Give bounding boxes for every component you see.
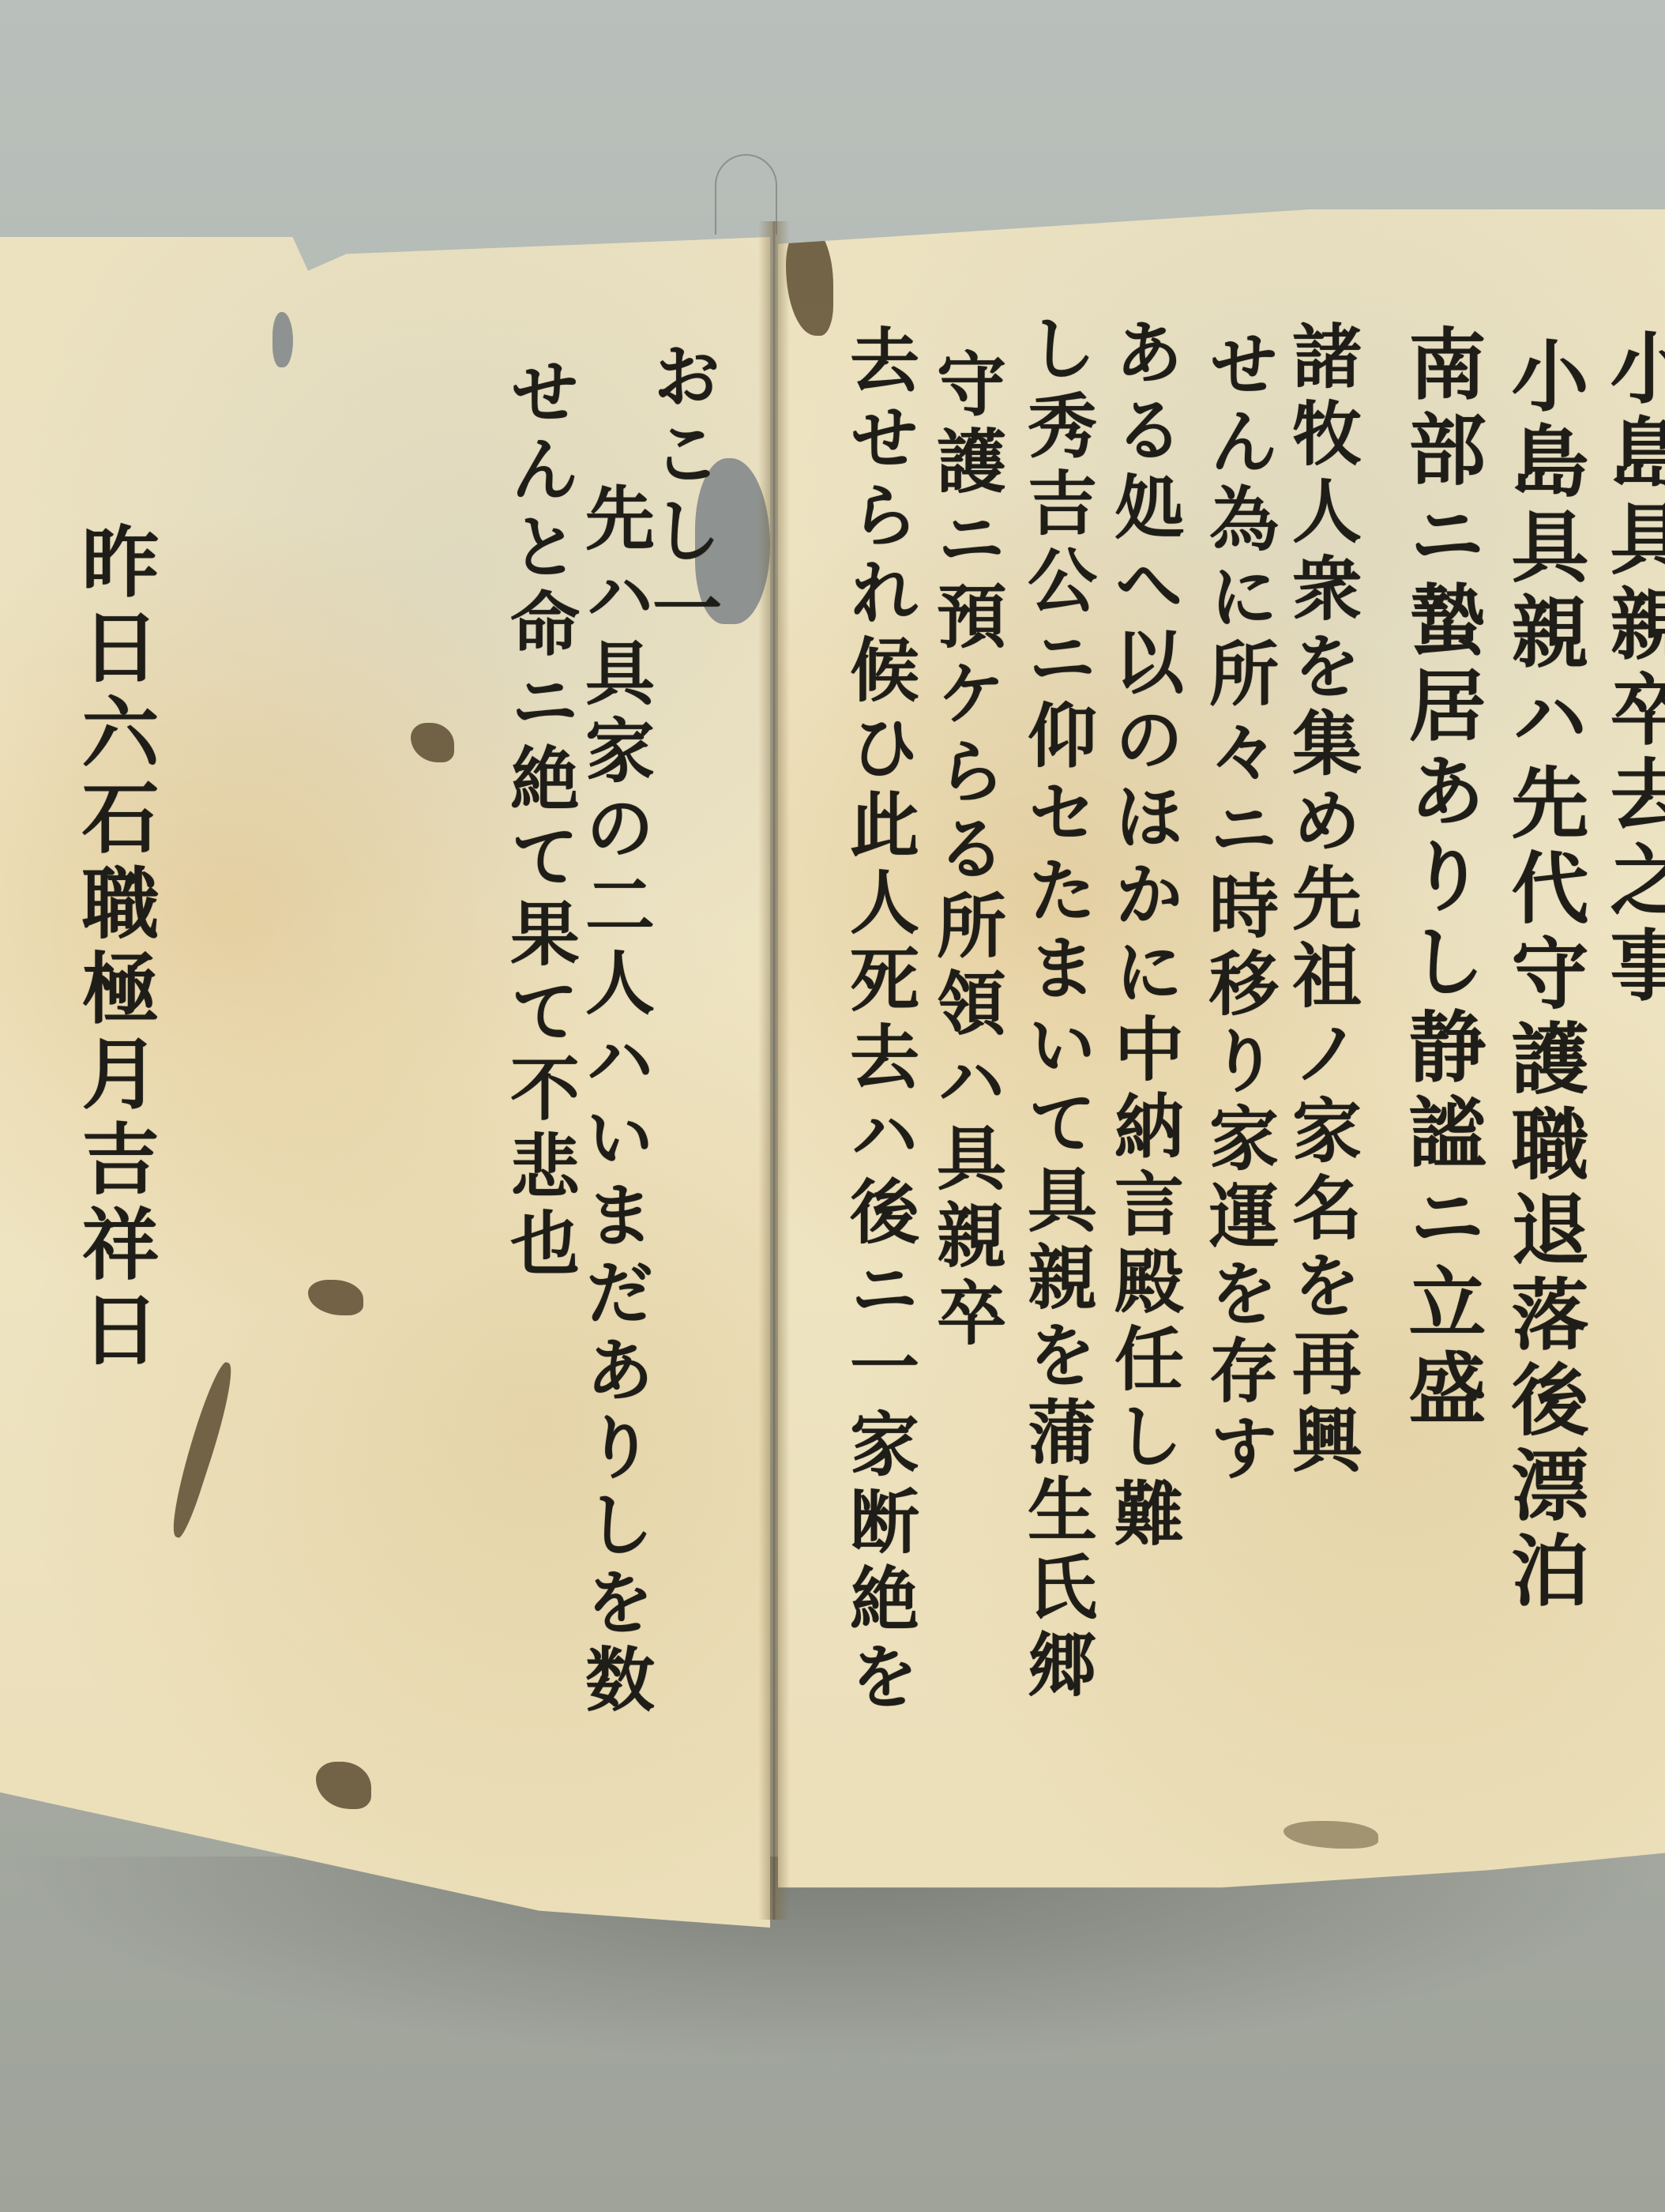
text-column-heading: 小島具親卒去之事 <box>1603 328 1665 1010</box>
left-page: おこし一 先ハ具家の二人ハいまだありしを数 せんと命ニ絶て果て不悲也 昨日六石職… <box>0 237 770 1928</box>
text-column-colophon: 昨日六石職極月吉祥日 <box>75 521 152 1375</box>
text-column: 去せられ候ひ此人死去ハ後ニ一家断絶を <box>845 324 915 1717</box>
book-gutter <box>758 221 790 1920</box>
text-column: し秀吉公ニ仰セたまいて具親を蒲生氏郷 <box>1023 312 1092 1706</box>
ink-stain <box>786 225 833 336</box>
ink-stain <box>162 1360 241 1540</box>
text-column: おこし一 <box>648 340 717 649</box>
ink-stain <box>316 1762 371 1809</box>
text-column: 小島具親ハ先代守護職退落後漂泊 <box>1505 336 1582 1616</box>
ink-stain <box>308 1280 363 1315</box>
text-column: 南部ニ蟄居ありし静謐ニ立盛 <box>1402 324 1479 1433</box>
text-column: ある処へ以のほかに中納言殿任し難 <box>1110 316 1179 1555</box>
text-column: 諸牧人衆を集め先祖ノ家名を再興 <box>1287 320 1357 1481</box>
worm-hole <box>272 312 293 367</box>
text-column: せん為に所々ニ時移り家運を存す <box>1205 328 1274 1489</box>
text-column: 守護ニ預ケらる所領ハ具親卒 <box>932 348 1002 1354</box>
right-page: 小島具親卒去之事 小島具親ハ先代守護職退落後漂泊 南部ニ蟄居ありし静謐ニ立盛 諸… <box>778 209 1665 1939</box>
text-column: 先ハ具家の二人ハいまだありしを数 <box>581 482 650 1721</box>
ink-stain <box>1284 1821 1378 1849</box>
text-column: せんと命ニ絶て果て不悲也 <box>506 355 575 1285</box>
ink-stain <box>411 723 454 762</box>
